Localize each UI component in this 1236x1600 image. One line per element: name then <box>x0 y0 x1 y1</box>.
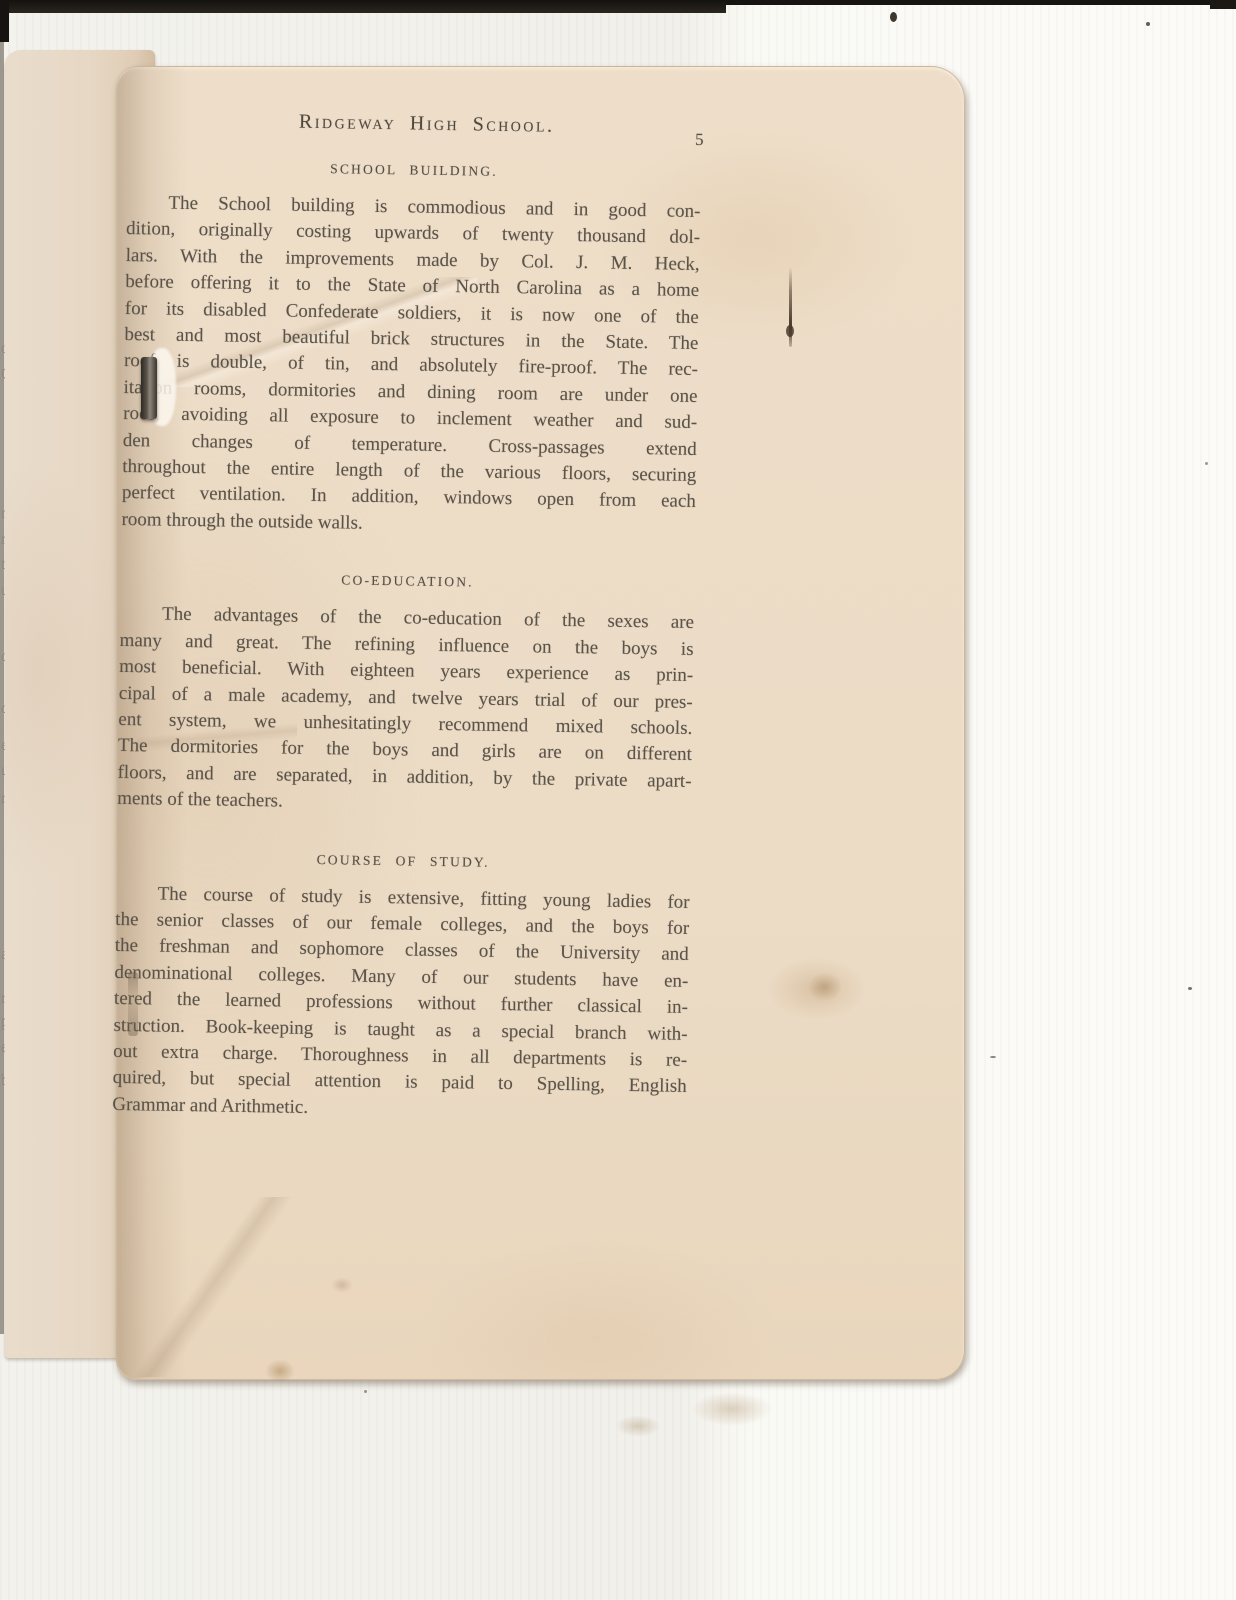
scanner-left-edge-line <box>0 42 4 1334</box>
speck <box>1188 987 1192 990</box>
stain <box>807 972 843 1002</box>
speck <box>990 1056 996 1058</box>
paragraph: The School building is commodious and in… <box>121 190 700 542</box>
paragraph: The course of study is extensive, fittin… <box>112 880 690 1127</box>
scanner-left-corner <box>0 0 9 42</box>
stain <box>615 1415 661 1437</box>
printed-text-block: Ridgeway High School. 5 SCHOOL BUILDING.… <box>112 108 702 1127</box>
scanner-top-right-corner <box>1210 0 1236 9</box>
speck <box>364 1390 367 1393</box>
section-heading: COURSE OF STUDY. <box>116 848 690 873</box>
scanned-booklet-page: o.C.:mm.tsusddeulralrpeb Ridgeway High S… <box>0 0 1236 1600</box>
section-heading: CO-EDUCATION. <box>121 569 695 594</box>
page-number: 5 <box>695 130 704 150</box>
stain <box>692 1392 772 1426</box>
page-section: SCHOOL BUILDING.The School building is c… <box>121 158 701 542</box>
staple <box>141 357 157 419</box>
speck <box>1205 462 1208 465</box>
staple-mark <box>128 972 138 1036</box>
speck <box>1146 22 1150 26</box>
paragraph: The advantages of the co-education of th… <box>117 601 694 821</box>
page-section: CO-EDUCATION.The advantages of the co-ed… <box>117 569 695 821</box>
sections-container: SCHOOL BUILDING.The School building is c… <box>112 158 701 1127</box>
page-section: COURSE OF STUDY.The course of study is e… <box>112 848 690 1127</box>
section-heading: SCHOOL BUILDING. <box>127 158 701 183</box>
ink-mark <box>786 325 794 337</box>
speck <box>890 12 897 22</box>
stain <box>331 1277 353 1293</box>
stain <box>265 1359 295 1383</box>
scanner-top-edge-thick <box>0 0 726 13</box>
